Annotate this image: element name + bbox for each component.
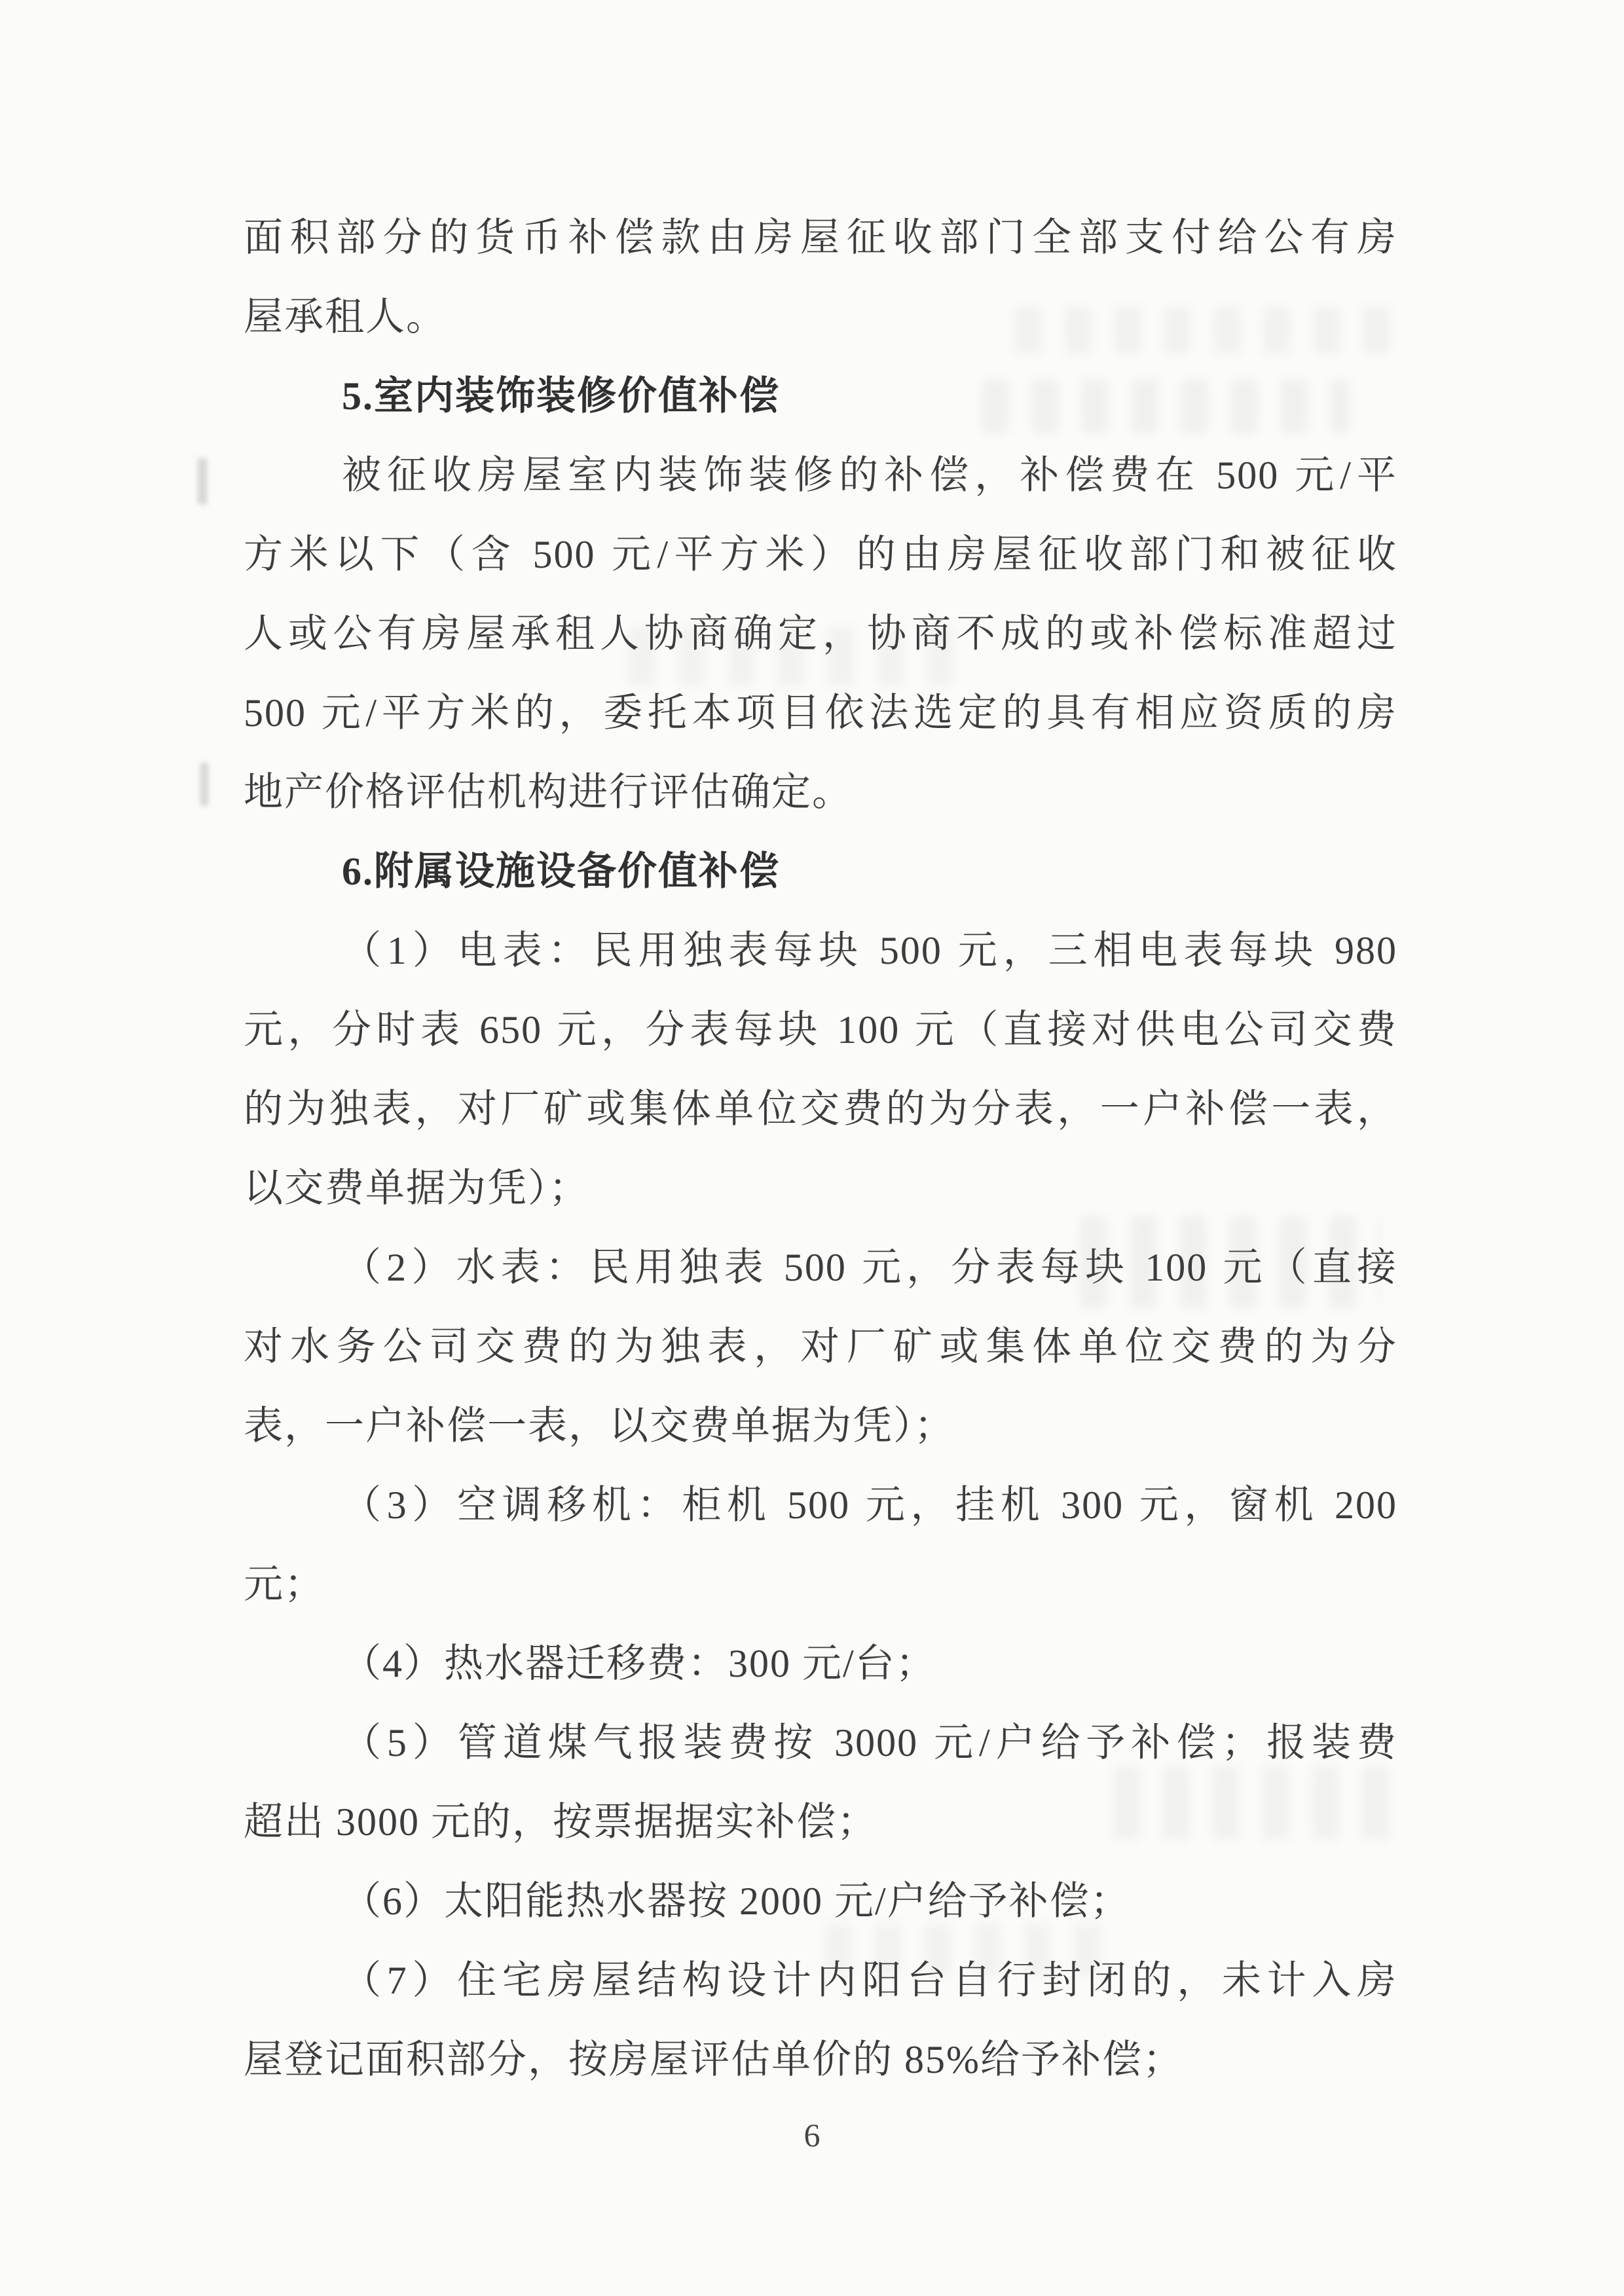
text-line: （3）空调移机：柜机 500 元，挂机 300 元，窗机 200 xyxy=(244,1466,1397,1545)
text-line: 超出 3000 元的，按票据据实补偿； xyxy=(244,1783,1397,1862)
text-line: 地产价格评估机构进行评估确定。 xyxy=(244,753,1397,832)
text-line: 元，分时表 650 元，分表每块 100 元（直接对供电公司交费 xyxy=(244,991,1397,1070)
text-line: （5）管道煤气报装费按 3000 元/户给予补偿；报装费 xyxy=(244,1704,1397,1783)
scan-streak-artifact xyxy=(200,763,208,806)
document-page: 面积部分的货币补偿款由房屋征收部门全部支付给公有房屋承租人。5.室内装饰装修价值… xyxy=(0,0,1624,2296)
text-line: （2）水表：民用独表 500 元，分表每块 100 元（直接 xyxy=(244,1228,1397,1307)
text-line: 以交费单据为凭）； xyxy=(244,1149,1397,1228)
text-column: 面积部分的货币补偿款由房屋征收部门全部支付给公有房屋承租人。5.室内装饰装修价值… xyxy=(244,198,1397,2100)
text-line: 5.室内装饰装修价值补偿 xyxy=(244,357,1397,436)
page-number: 6 xyxy=(0,2116,1624,2154)
text-line: （6）太阳能热水器按 2000 元/户给予补偿； xyxy=(244,1862,1397,1941)
text-line: 人或公有房屋承租人协商确定，协商不成的或补偿标准超过 xyxy=(244,594,1397,674)
text-line: 的为独表，对厂矿或集体单位交费的为分表，一户补偿一表， xyxy=(244,1070,1397,1149)
text-line: （7）住宅房屋结构设计内阳台自行封闭的，未计入房 xyxy=(244,1941,1397,2020)
text-line: 6.附属设施设备价值补偿 xyxy=(244,832,1397,911)
text-line: 对水务公司交费的为独表，对厂矿或集体单位交费的为分 xyxy=(244,1307,1397,1387)
text-line: 500 元/平方米的，委托本项目依法选定的具有相应资质的房 xyxy=(244,674,1397,753)
text-line: （1）电表：民用独表每块 500 元，三相电表每块 980 xyxy=(244,911,1397,991)
text-line: 表，一户补偿一表，以交费单据为凭）； xyxy=(244,1387,1397,1466)
text-line: 屋登记面积部分，按房屋评估单价的 85%给予补偿； xyxy=(244,2020,1397,2100)
text-line: 元； xyxy=(244,1545,1397,1624)
text-line: 被征收房屋室内装饰装修的补偿，补偿费在 500 元/平 xyxy=(244,436,1397,515)
text-line: （4）热水器迁移费：300 元/台； xyxy=(244,1624,1397,1704)
text-line: 面积部分的货币补偿款由房屋征收部门全部支付给公有房 xyxy=(244,198,1397,278)
scan-streak-artifact xyxy=(198,458,207,504)
text-line: 屋承租人。 xyxy=(244,278,1397,357)
text-line: 方米以下（含 500 元/平方米）的由房屋征收部门和被征收 xyxy=(244,515,1397,594)
